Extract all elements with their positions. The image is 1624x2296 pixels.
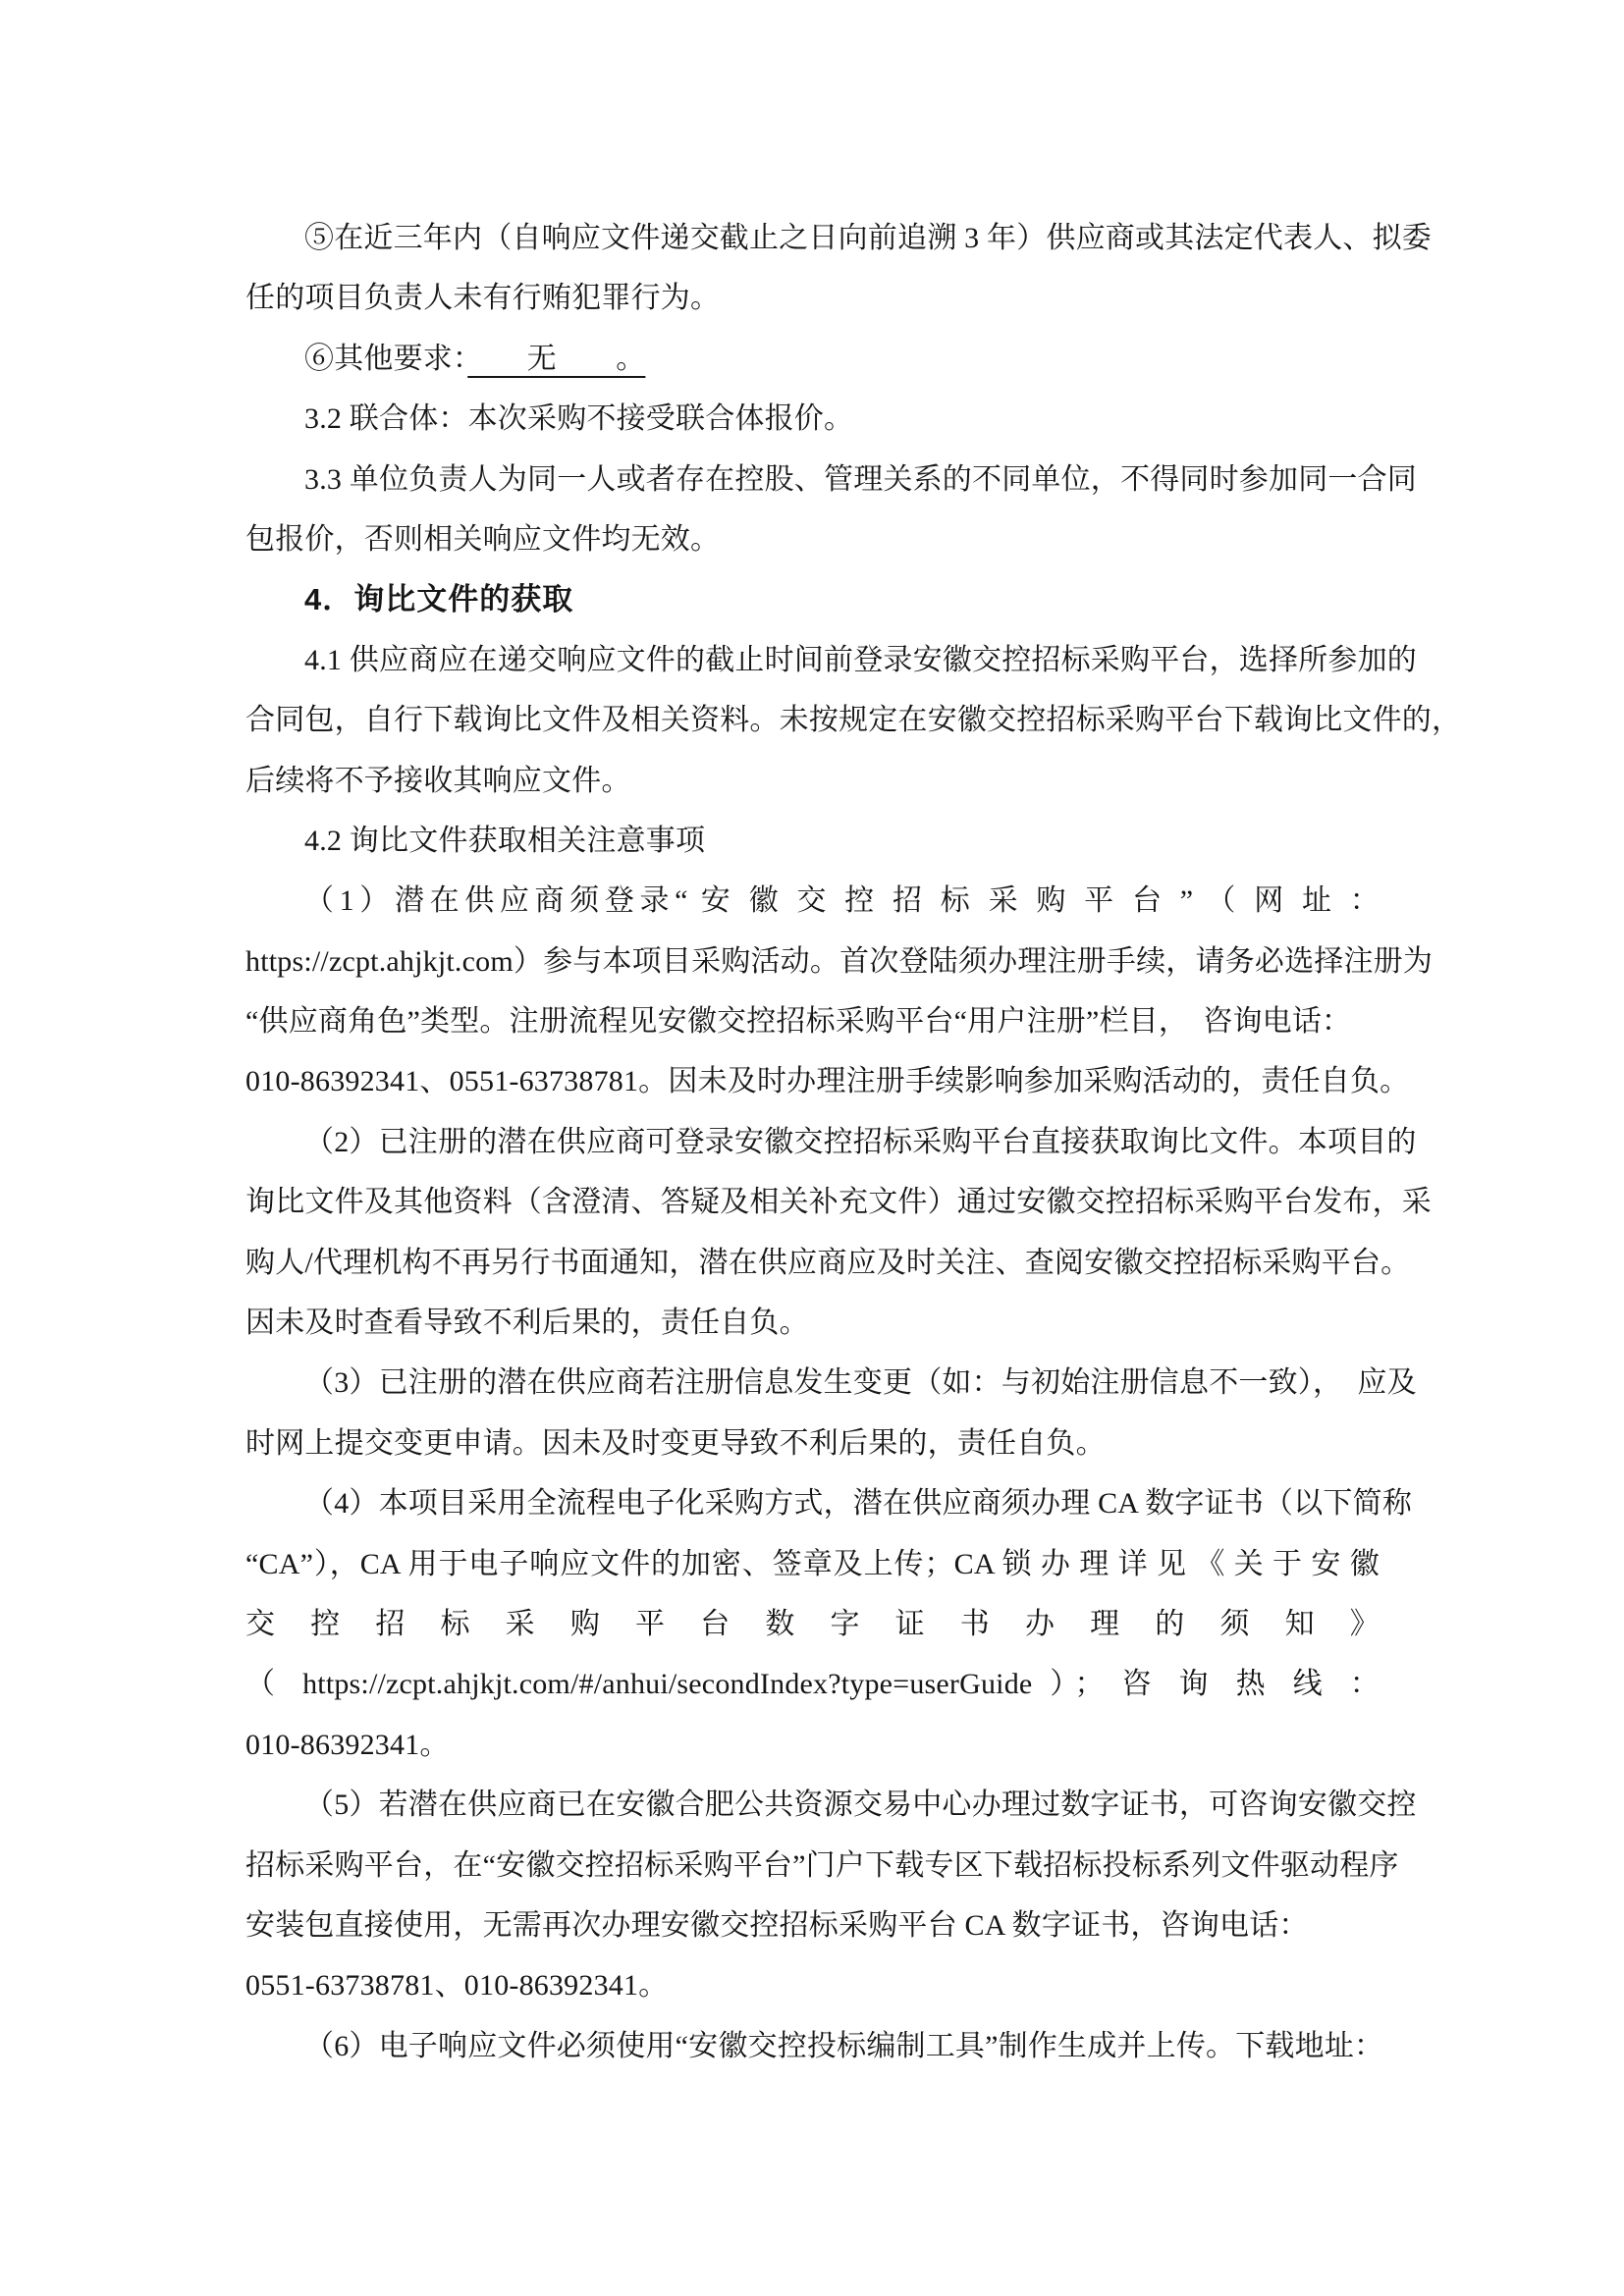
doc-line: 包报价，否则相关响应文件均无效。 (245, 509, 1380, 569)
doc-line: ⑤在近三年内（自响应文件递交截止之日向前追溯 3 年）供应商或其法定代表人、拟委 (245, 208, 1380, 268)
doc-line: （5）若潜在供应商已在安徽合肥公共资源交易中心办理过数字证书，可咨询安徽交控 (245, 1775, 1380, 1835)
doc-line: 4.1 供应商应在递交响应文件的截止时间前登录安徽交控招标采购平台，选择所参加的 (245, 630, 1380, 690)
doc-line: “CA”），CA 用于电子响应文件的加密、签章及上传；CA 锁 办 理 详 见 … (245, 1534, 1380, 1594)
doc-line: 购人/代理机构不再另行书面通知，潜在供应商应及时关注、查阅安徽交控招标采购平台。 (245, 1233, 1380, 1293)
text-run: 3.2 联合体：本次采购不接受联合体报价。 (304, 402, 853, 435)
text-run: （5）若潜在供应商已在安徽合肥公共资源交易中心办理过数字证书，可咨询安徽交控 (304, 1789, 1417, 1821)
text-run: 0551-63738781、010-86392341。 (245, 1969, 668, 2002)
doc-line: 询比文件及其他资料（含澄清、答疑及相关补充文件）通过安徽交控招标采购平台发布，采 (245, 1172, 1380, 1232)
text-run: 4．询比文件的获取 (304, 582, 573, 616)
underlined-blank: 无 。 (467, 343, 645, 375)
text-run: 安装包直接使用，无需再次办理安徽交控招标采购平台 CA 数字证书，咨询电话： (245, 1909, 1309, 1942)
doc-line: 招标采购平台，在“安徽交控招标采购平台”门户下载专区下载招标投标系列文件驱动程序 (245, 1836, 1380, 1896)
doc-line: 安装包直接使用，无需再次办理安徽交控招标采购平台 CA 数字证书，咨询电话： (245, 1896, 1380, 1955)
doc-line: 0551-63738781、010-86392341。 (245, 1955, 1380, 2015)
text-run: “供应商角色”类型。注册流程见安徽交控招标采购平台“用户注册”栏目， 咨询电话： (245, 1005, 1351, 1038)
text-run: 招标采购平台，在“安徽交控招标采购平台”门户下载专区下载招标投标系列文件驱动程序 (245, 1849, 1399, 1882)
doc-line: 合同包，自行下载询比文件及相关资料。未按规定在安徽交控招标采购平台下载询比文件的… (245, 690, 1380, 750)
text-run: “CA”），CA 用于电子响应文件的加密、签章及上传；CA 锁 办 理 详 见 … (245, 1548, 1380, 1580)
doc-line: 时网上提交变更申请。因未及时变更导致不利后果的，责任自负。 (245, 1414, 1380, 1473)
doc-line: 交 控 招 标 采 购 平 台 数 字 证 书 办 理 的 须 知 》 (245, 1594, 1380, 1654)
text-run: 3.3 单位负责人为同一人或者存在控股、管理关系的不同单位，不得同时参加同一合同 (304, 463, 1417, 496)
text-run: （3）已注册的潜在供应商若注册信息发生变更（如：与初始注册信息不一致）， 应及 (304, 1366, 1417, 1399)
text-run: 4.1 供应商应在递交响应文件的截止时间前登录安徽交控招标采购平台，选择所参加的 (304, 644, 1417, 676)
text-run: 因未及时查看导致不利后果的，责任自负。 (245, 1307, 809, 1339)
text-run: （6）电子响应文件必须使用“安徽交控投标编制工具”制作生成并上传。下载地址： (304, 2030, 1383, 2062)
doc-line: 后续将不予接收其响应文件。 (245, 751, 1380, 811)
document-page: ⑤在近三年内（自响应文件递交截止之日向前追溯 3 年）供应商或其法定代表人、拟委… (0, 0, 1624, 2296)
text-run: （1）潜在供应商须登录“ 安 徽 交 控 招 标 采 购 平 台 ” （ 网 址… (304, 884, 1380, 917)
doc-line: ⑥其他要求： 无 。 (245, 329, 1380, 389)
text-run: 4.2 询比文件获取相关注意事项 (304, 825, 705, 857)
doc-line: 3.3 单位负责人为同一人或者存在控股、管理关系的不同单位，不得同时参加同一合同 (245, 450, 1380, 509)
doc-line: 任的项目负责人未有行贿犯罪行为。 (245, 268, 1380, 328)
doc-line: （3）已注册的潜在供应商若注册信息发生变更（如：与初始注册信息不一致）， 应及 (245, 1353, 1380, 1413)
text-run: 询比文件及其他资料（含澄清、答疑及相关补充文件）通过安徽交控招标采购平台发布，采 (245, 1186, 1432, 1218)
doc-line: https://zcpt.ahjkjt.com）参与本项目采购活动。首次登陆须办… (245, 932, 1380, 991)
doc-line: （4）本项目采用全流程电子化采购方式，潜在供应商须办理 CA 数字证书（以下简称 (245, 1473, 1380, 1533)
doc-line: 010-86392341。 (245, 1715, 1380, 1775)
text-run: 任的项目负责人未有行贿犯罪行为。 (245, 282, 720, 314)
text-run: （ https://zcpt.ahjkjt.com/#/anhui/second… (245, 1668, 1380, 1700)
document-body: ⑤在近三年内（自响应文件递交截止之日向前追溯 3 年）供应商或其法定代表人、拟委… (245, 208, 1380, 2076)
doc-line: 010-86392341、0551-63738781。因未及时办理注册手续影响参… (245, 1051, 1380, 1111)
text-run: （4）本项目采用全流程电子化采购方式，潜在供应商须办理 CA 数字证书（以下简称 (304, 1487, 1412, 1520)
text-run: 购人/代理机构不再另行书面通知，潜在供应商应及时关注、查阅安徽交控招标采购平台。 (245, 1247, 1410, 1279)
doc-line: （6）电子响应文件必须使用“安徽交控投标编制工具”制作生成并上传。下载地址： (245, 2016, 1380, 2076)
text-run: 010-86392341。 (245, 1729, 450, 1761)
doc-line: 3.2 联合体：本次采购不接受联合体报价。 (245, 389, 1380, 449)
doc-line: 4.2 询比文件获取相关注意事项 (245, 811, 1380, 871)
text-run: 合同包，自行下载询比文件及相关资料。未按规定在安徽交控招标采购平台下载询比文件的… (245, 704, 1461, 736)
text-run: 010-86392341、0551-63738781。因未及时办理注册手续影响参… (245, 1065, 1409, 1097)
text-run: 后续将不予接收其响应文件。 (245, 765, 631, 797)
doc-line: “供应商角色”类型。注册流程见安徽交控招标采购平台“用户注册”栏目， 咨询电话： (245, 991, 1380, 1051)
text-run: ⑥其他要求： (304, 343, 467, 375)
doc-line: （2）已注册的潜在供应商可登录安徽交控招标采购平台直接获取询比文件。本项目的 (245, 1112, 1380, 1172)
doc-line: （ https://zcpt.ahjkjt.com/#/anhui/second… (245, 1654, 1380, 1714)
doc-line: 因未及时查看导致不利后果的，责任自负。 (245, 1293, 1380, 1353)
text-run: 交 控 招 标 采 购 平 台 数 字 证 书 办 理 的 须 知 》 (245, 1608, 1380, 1640)
text-run: https://zcpt.ahjkjt.com）参与本项目采购活动。首次登陆须办… (245, 945, 1433, 978)
section-heading: 4．询比文件的获取 (245, 569, 1380, 629)
text-run: 包报价，否则相关响应文件均无效。 (245, 523, 720, 556)
text-run: 时网上提交变更申请。因未及时变更导致不利后果的，责任自负。 (245, 1427, 1106, 1460)
text-run: ⑤在近三年内（自响应文件递交截止之日向前追溯 3 年）供应商或其法定代表人、拟委 (304, 222, 1432, 254)
doc-line: （1）潜在供应商须登录“ 安 徽 交 控 招 标 采 购 平 台 ” （ 网 址… (245, 871, 1380, 931)
text-run: （2）已注册的潜在供应商可登录安徽交控招标采购平台直接获取询比文件。本项目的 (304, 1126, 1417, 1158)
